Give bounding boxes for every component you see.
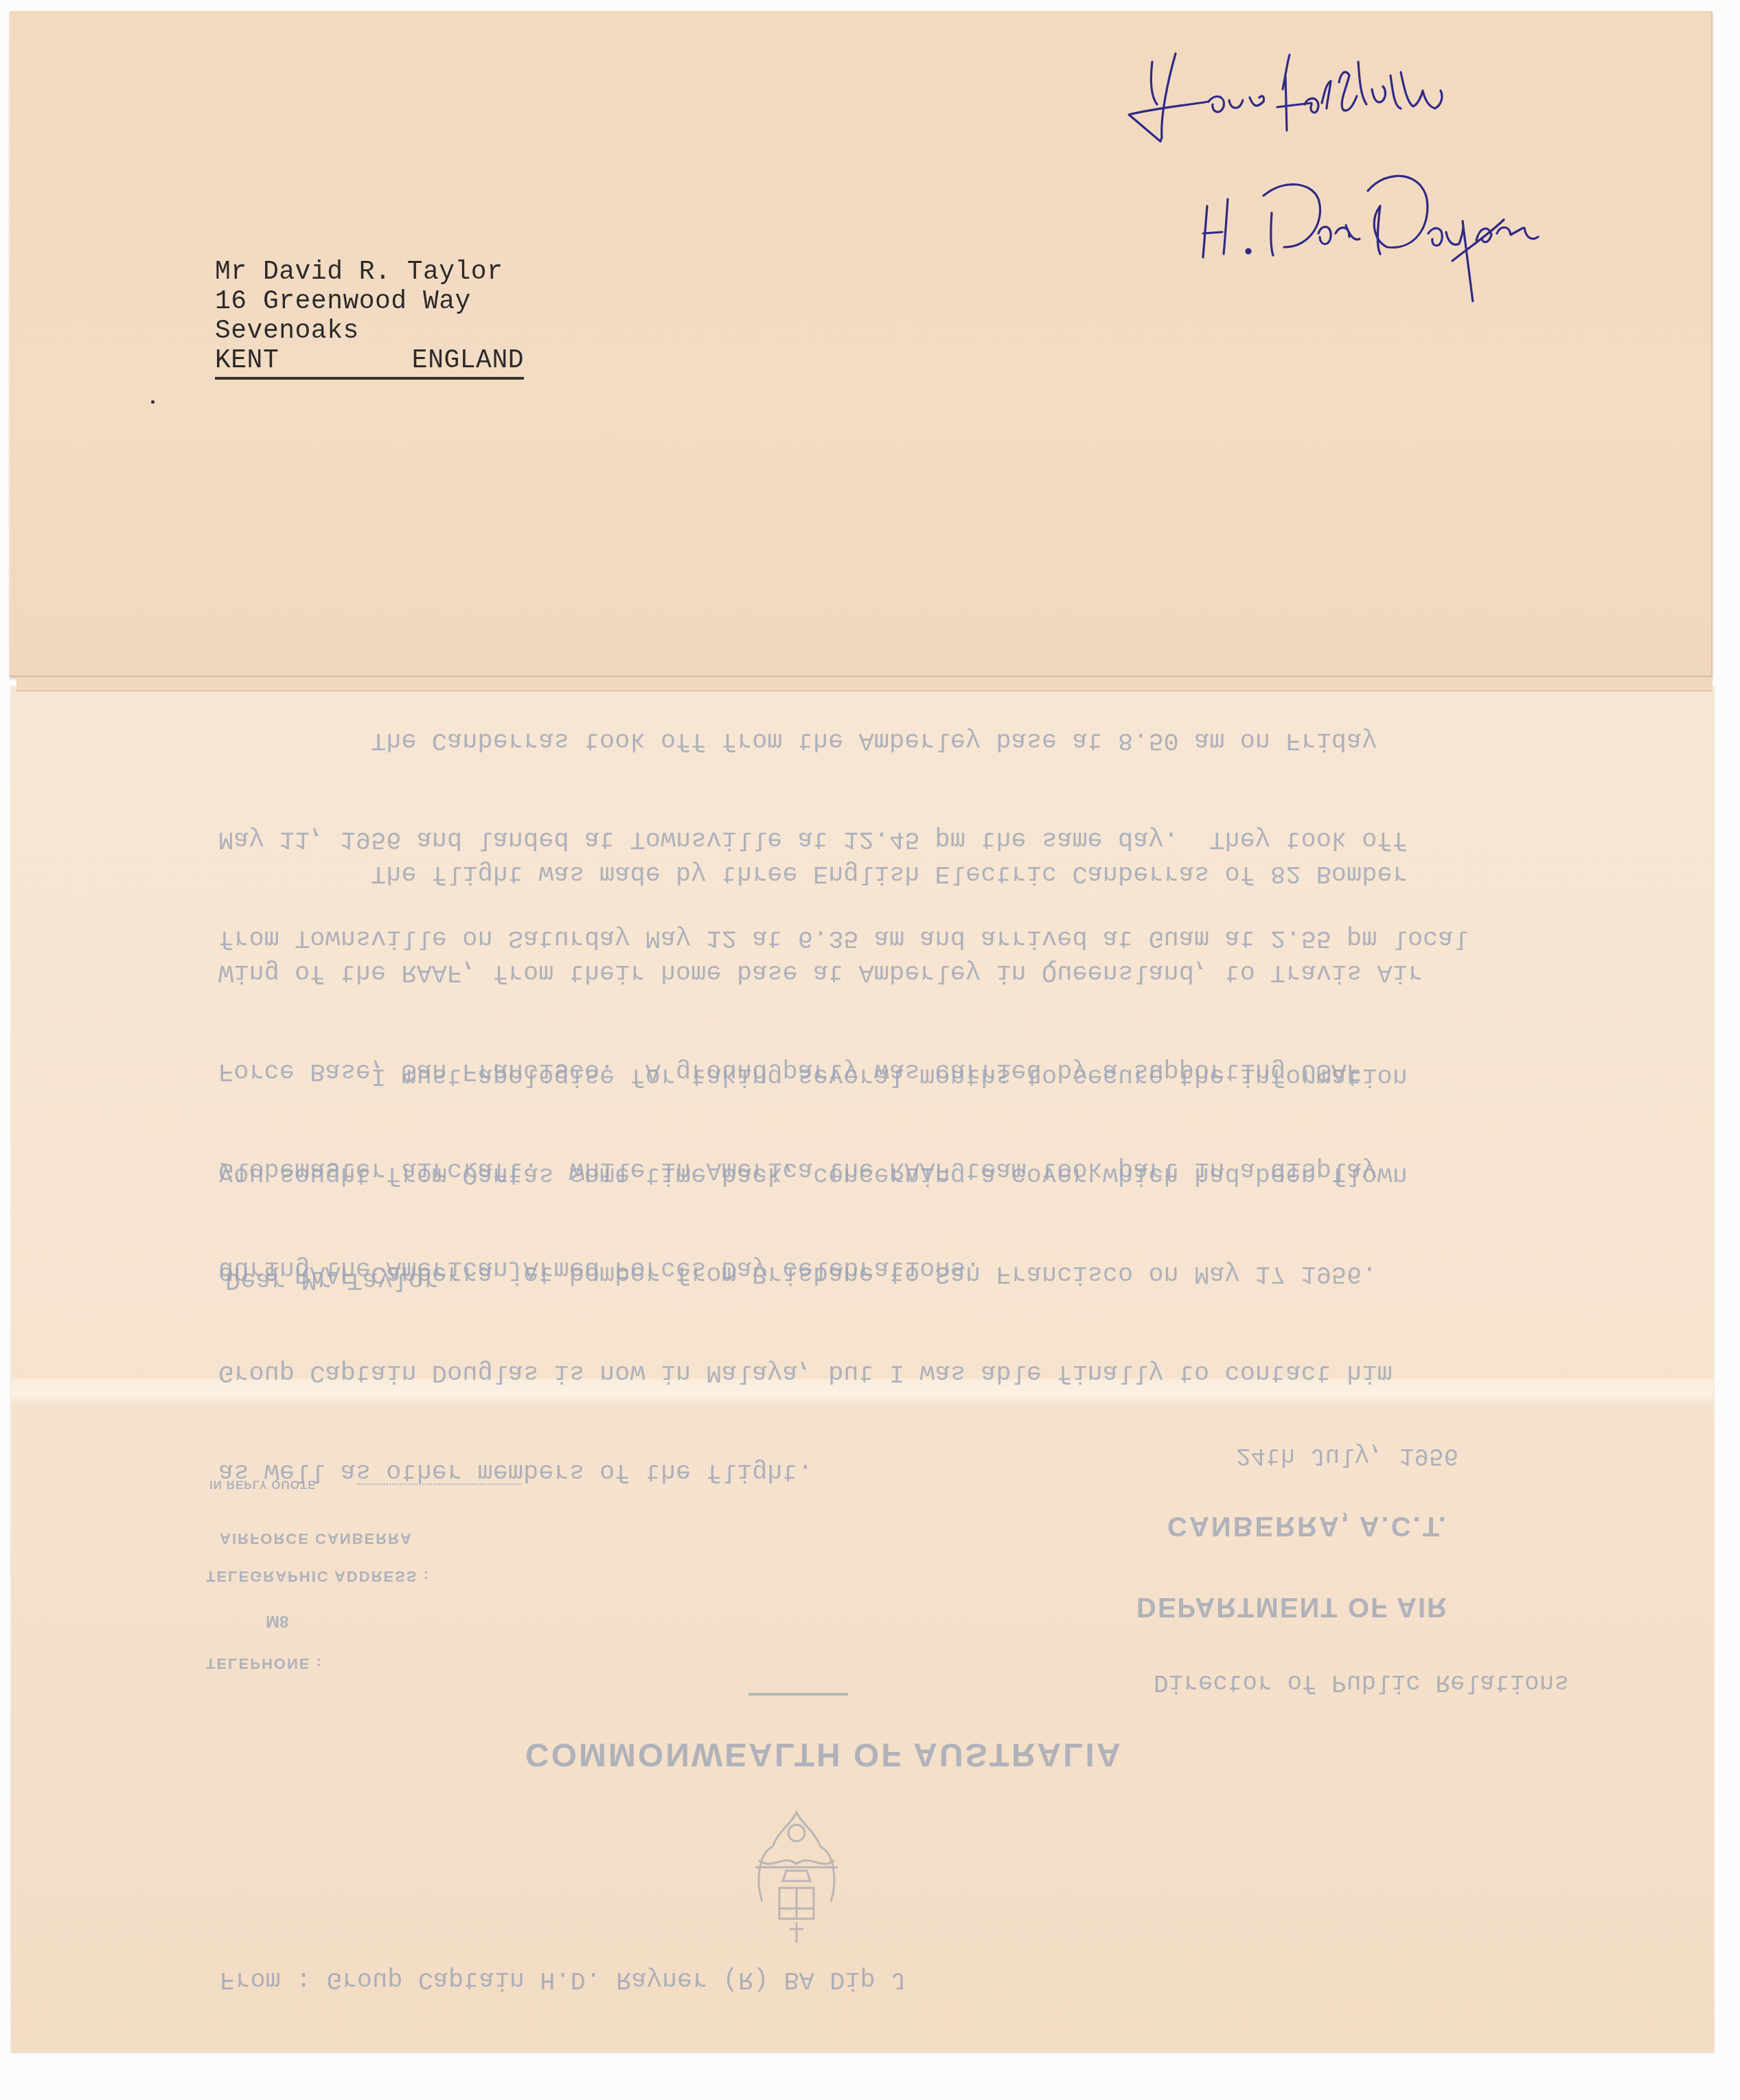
bleed-city: CANBERRA, A.C.T. [1167, 1510, 1448, 1541]
bleed-line: Wing of the RAAF, from their home base a… [218, 956, 1423, 989]
ink-speck [151, 400, 154, 404]
bleed-line: Group Captain Douglas is now in Malaya, … [218, 1356, 1408, 1389]
letterhead-rule [748, 1693, 848, 1696]
recipient-address: Mr David R. Taylor 16 Greenwood Way Seve… [215, 257, 524, 380]
bleed-line: The Canberras took off from the Amberley… [218, 724, 1469, 757]
bleed-line: The flight was made by three English Ele… [218, 857, 1423, 890]
bleed-commonwealth: COMMONWEALTH OF AUSTRALIA [525, 1735, 1123, 1773]
bleed-office: Director of Public Relations [1154, 1668, 1569, 1696]
recipient-county: KENT [215, 346, 279, 376]
bleed-telegraphic-value: AIRFORCE CANBERRA [220, 1530, 413, 1547]
bleed-line: as well as other members of the flight. [218, 1455, 1408, 1488]
bleed-salutation: Dear Mr Taylor [225, 1263, 439, 1296]
bleed-department: DEPARTMENT OF AIR [1136, 1591, 1448, 1622]
recipient-town: Sevenoaks [215, 316, 524, 346]
bleed-telephone-value: M8 [266, 1611, 288, 1630]
recipient-country: ENGLAND [412, 346, 524, 376]
signature-block: Yours faithfully [1112, 41, 1675, 302]
bleed-telegraphic-label: TELEGRAPHIC ADDRESS : [206, 1567, 430, 1585]
coat-of-arms-icon [742, 1799, 851, 1950]
bleed-line: you sought from Qantas some time back, c… [218, 1158, 1408, 1191]
recipient-region: KENT ENGLAND [215, 346, 524, 380]
recipient-street: 16 Greenwood Way [215, 287, 524, 316]
signature-handwriting-icon: Yours faithfully [1112, 41, 1675, 302]
flap-edge [16, 677, 1713, 691]
bleed-telephone-label: TELEPHONE : [206, 1654, 323, 1672]
bleed-line: I must apologise for taking several mont… [218, 1059, 1408, 1092]
bleed-from-line: From : Group Captain H.D. Rayner (R) BA … [220, 1965, 906, 1994]
bleed-date: 24th July, 1956 [1236, 1442, 1458, 1470]
bleed-reply-dotted-line [357, 1484, 522, 1485]
recipient-name: Mr David R. Taylor [215, 257, 524, 287]
bleed-in-reply-quote: IN REPLY QUOTE [209, 1477, 317, 1491]
